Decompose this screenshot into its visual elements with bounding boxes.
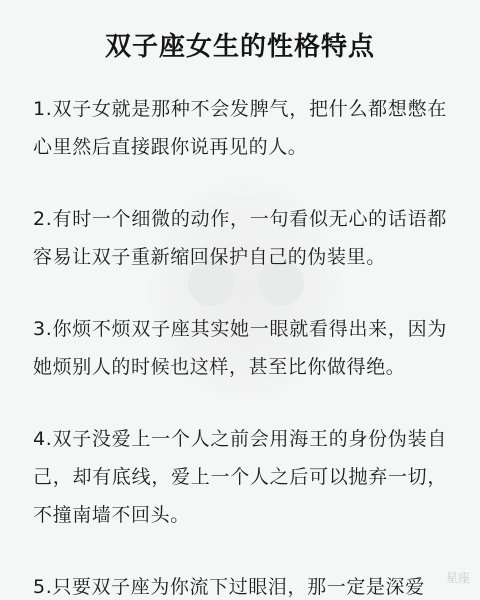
list-item: 2.有时一个细微的动作，一句看似无心的话语都容易让双子重新缩回保护自己的伪装里。: [33, 200, 447, 276]
article: 双子座女生的性格特点 1.双子女就是那种不会发脾气，把什么都想憋在心里然后直接跟…: [0, 0, 480, 600]
page-title: 双子座女生的性格特点: [33, 0, 447, 66]
list-item: 1.双子女就是那种不会发脾气，把什么都想憋在心里然后直接跟你说再见的人。: [33, 90, 447, 166]
list-item: 4.双子没爱上一个人之前会用海王的身份伪装自己，却有底线，爱上一个人之后可以抛弃…: [33, 420, 447, 534]
list-item: 5.只要双子座为你流下过眼泪，那一定是深爱: [33, 568, 447, 600]
list-item: 3.你烦不烦双子座其实她一眼就看得出来，因为她烦别人的时候也这样，甚至比你做得绝…: [33, 310, 447, 386]
corner-watermark: 星座: [446, 569, 470, 586]
